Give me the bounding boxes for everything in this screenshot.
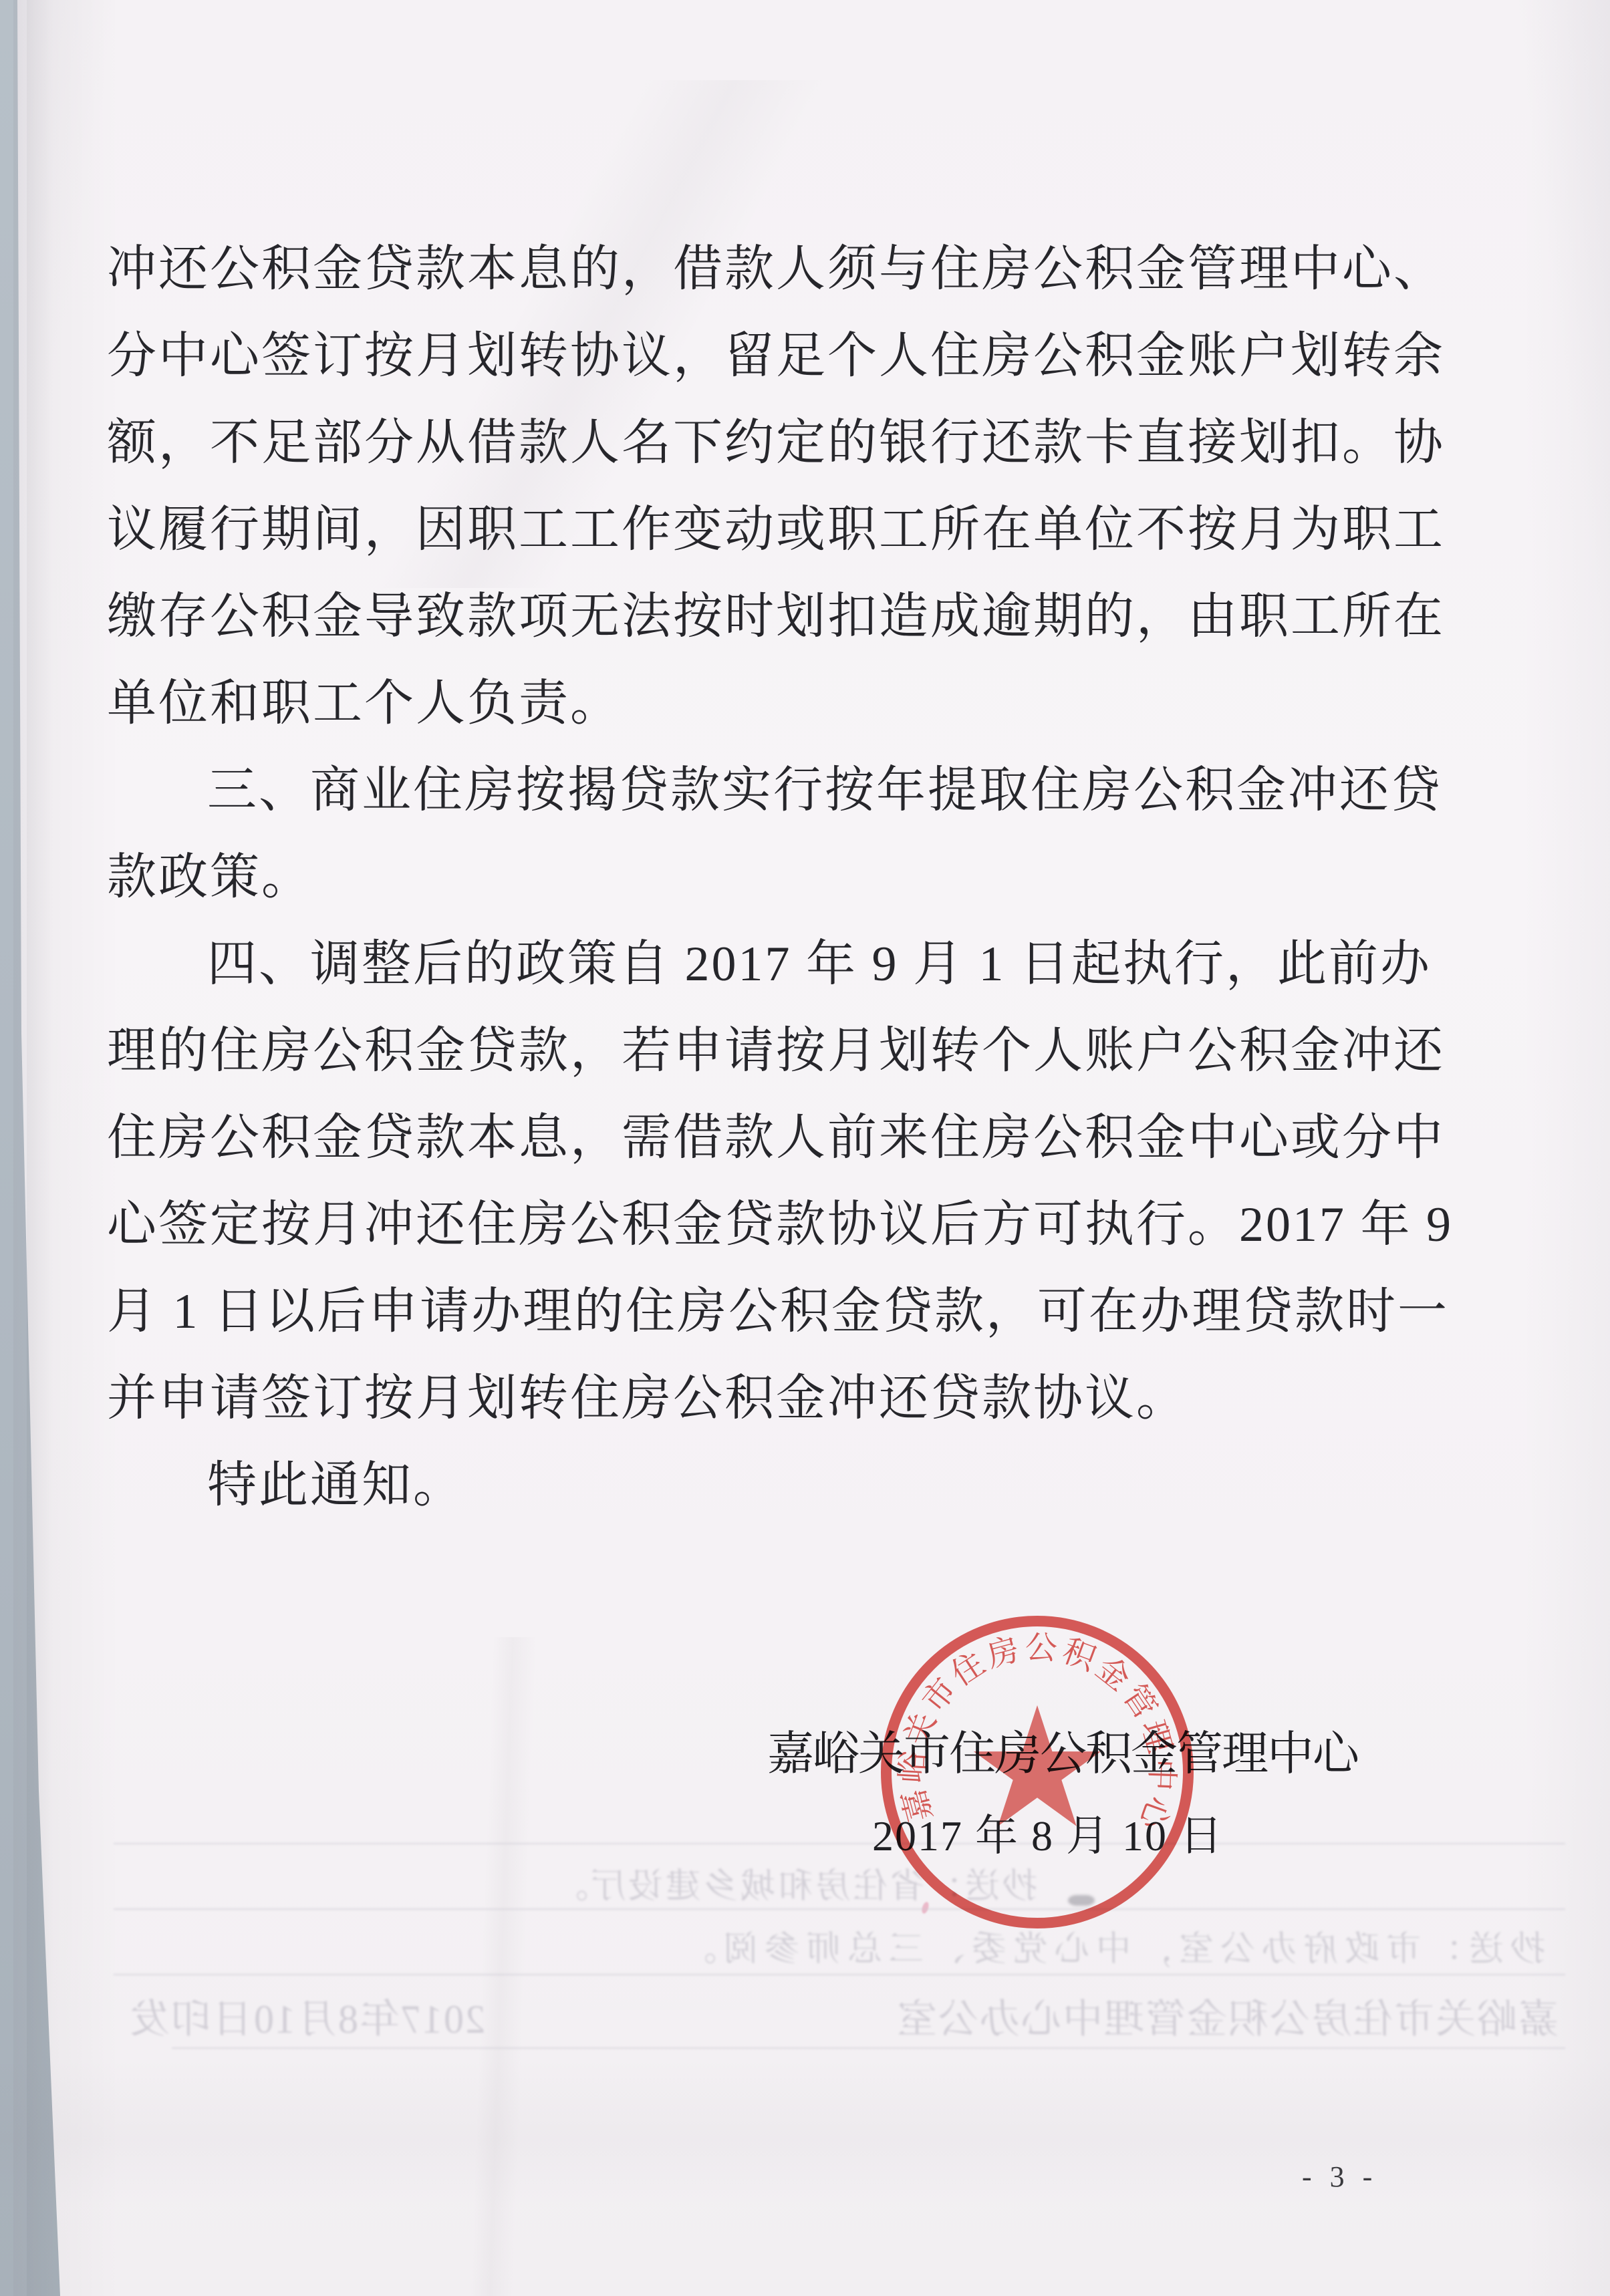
body-line-item-four: 四、调整后的政策自 2017 年 9 月 1 日起执行，此前办 [107, 921, 1504, 1008]
body-line: 理的住房公积金贷款，若申请按月划转个人账户公积金冲还 [107, 1008, 1504, 1095]
body-line: 冲还公积金贷款本息的，借款人须与住房公积金管理中心、 [107, 226, 1504, 313]
bleedthrough-issuer-office: 嘉峪关市住房公积金管理中心办公室 [896, 1987, 1559, 2045]
body-line: 住房公积金贷款本息，需借款人前来住房公积金中心或分中 [107, 1095, 1504, 1181]
official-seal: 嘉峪关市住房公积金管理中心 [873, 1608, 1202, 1936]
body-line: 分中心签订按月划转协议，留足个人住房公积金账户划转余 [107, 313, 1504, 400]
page-number: - 3 - [1302, 2160, 1377, 2194]
bleedthrough-print-date: 2017年8月10日印发 [128, 1987, 485, 2045]
bleedthrough-rule [114, 1974, 1565, 1975]
bleedthrough-rule [172, 2047, 1565, 2049]
notice-body: 冲还公积金贷款本息的，借款人须与住房公积金管理中心、 分中心签订按月划转协议，留… [107, 226, 1504, 1529]
body-line: 月 1 日以后申请办理的住房公积金贷款，可在办理贷款时一 [107, 1268, 1504, 1355]
body-line: 缴存公积金导致款项无法按时划扣造成逾期的，由职工所在 [107, 573, 1504, 660]
body-line: 议履行期间，因职工工作变动或职工所在单位不按月为职工 [107, 486, 1504, 573]
closing-phrase: 特此通知。 [107, 1442, 1504, 1529]
bleedthrough-rule [114, 1843, 1565, 1844]
body-line: 心签定按月冲还住房公积金贷款协议后方可执行。2017 年 9 [107, 1181, 1504, 1268]
body-line: 额，不足部分从借款人名下约定的银行还款卡直接划扣。协 [107, 400, 1504, 486]
paper-edge-shadow [13, 0, 53, 2296]
scanned-document-page: 抄送：省住房和城乡建设厅。 抄送：市政府办公室，中心党委、三总师参阅。 嘉峪关市… [0, 0, 1610, 2296]
reverse-side-bleedthrough: 抄送：省住房和城乡建设厅。 抄送：市政府办公室，中心党委、三总师参阅。 嘉峪关市… [114, 1843, 1565, 2063]
star-icon [974, 1705, 1101, 1826]
body-line: 单位和职工个人负责。 [107, 660, 1504, 747]
body-line: 款政策。 [107, 834, 1504, 921]
body-line: 并申请签订按月划转住房公积金冲还贷款协议。 [107, 1355, 1504, 1442]
body-line-item-three: 三、商业住房按揭贷款实行按年提取住房公积金冲还贷 [107, 747, 1504, 834]
bleedthrough-rule [114, 1908, 1565, 1910]
bleedthrough-issuer-line: 嘉峪关市住房公积金管理中心办公室 2017年8月10日印发 [128, 1987, 1559, 2045]
